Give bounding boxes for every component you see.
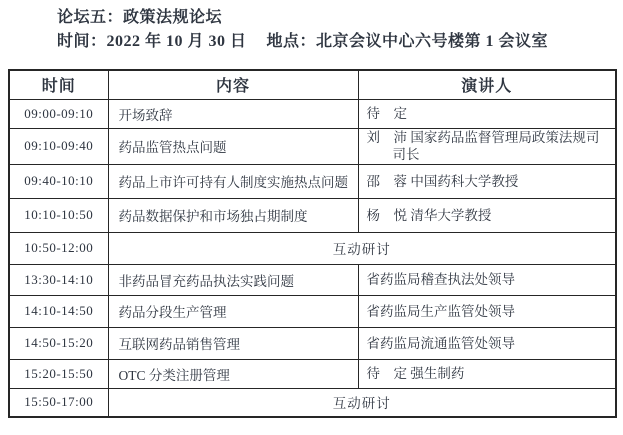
agenda-table: 时间 内容 演讲人 09:00-09:10 开场致辞 待 定 09:10-09:… — [8, 69, 617, 418]
schedule-document: 论坛五：政策法规论坛 时间：2022 年 10 月 30 日地点：北京会议中心六… — [0, 0, 623, 418]
speaker-cell: 省药监局稽查执法处领导 — [358, 264, 616, 295]
merged-session-cell: 互动研讨 — [108, 388, 616, 417]
time-cell: 15:50-17:00 — [9, 388, 108, 417]
forum-location: 地点：北京会议中心六号楼第 1 会议室 — [267, 33, 549, 50]
speaker-cell: 待 定 — [358, 99, 616, 128]
content-cell: 开场致辞 — [108, 99, 358, 128]
forum-title: 论坛五：政策法规论坛 — [57, 6, 623, 30]
forum-subtitle: 时间：2022 年 10 月 30 日地点：北京会议中心六号楼第 1 会议室 — [57, 30, 623, 54]
speaker-cell: 待 定 强生制药 — [358, 359, 616, 388]
content-cell: 互联网药品销售管理 — [108, 327, 358, 359]
content-cell: 药品监管热点问题 — [108, 128, 358, 164]
table-row: 10:10-10:50 药品数据保护和市场独占期制度 杨 悦 清华大学教授 — [9, 198, 616, 232]
speaker-cell: 省药监局生产监管处领导 — [358, 295, 616, 327]
table-row: 09:00-09:10 开场致辞 待 定 — [9, 99, 616, 128]
table-row: 09:40-10:10 药品上市许可持有人制度实施热点问题 邵 蓉 中国药科大学… — [9, 164, 616, 198]
document-header: 论坛五：政策法规论坛 时间：2022 年 10 月 30 日地点：北京会议中心六… — [57, 6, 623, 54]
table-row: 14:10-14:50 药品分段生产管理 省药监局生产监管处领导 — [9, 295, 616, 327]
table-row: 09:10-09:40 药品监管热点问题 刘 沛 国家药品监督管理局政策法规司 … — [9, 128, 616, 164]
col-header-content: 内容 — [108, 70, 358, 99]
time-cell: 15:20-15:50 — [9, 359, 108, 388]
col-header-speaker: 演讲人 — [358, 70, 616, 99]
table-row: 15:20-15:50 OTC 分类注册管理 待 定 强生制药 — [9, 359, 616, 388]
speaker-cell: 省药监局流通监管处领导 — [358, 327, 616, 359]
content-cell: 药品分段生产管理 — [108, 295, 358, 327]
col-header-time: 时间 — [9, 70, 108, 99]
forum-datetime: 时间：2022 年 10 月 30 日 — [57, 33, 247, 50]
time-cell: 14:50-15:20 — [9, 327, 108, 359]
speaker-line-1: 刘 沛 国家药品监督管理局政策法规司 — [367, 129, 616, 146]
table-row-merged: 10:50-12:00 互动研讨 — [9, 232, 616, 264]
merged-session-cell: 互动研讨 — [108, 232, 616, 264]
content-cell: OTC 分类注册管理 — [108, 359, 358, 388]
speaker-cell: 杨 悦 清华大学教授 — [358, 198, 616, 232]
time-cell: 10:50-12:00 — [9, 232, 108, 264]
time-cell: 14:10-14:50 — [9, 295, 108, 327]
table-row: 14:50-15:20 互联网药品销售管理 省药监局流通监管处领导 — [9, 327, 616, 359]
time-cell: 13:30-14:10 — [9, 264, 108, 295]
time-cell: 09:40-10:10 — [9, 164, 108, 198]
content-cell: 药品数据保护和市场独占期制度 — [108, 198, 358, 232]
speaker-line-2: 司长 — [367, 146, 616, 163]
time-cell: 09:00-09:10 — [9, 99, 108, 128]
speaker-cell: 邵 蓉 中国药科大学教授 — [358, 164, 616, 198]
table-header-row: 时间 内容 演讲人 — [9, 70, 616, 99]
time-cell: 09:10-09:40 — [9, 128, 108, 164]
table-row-merged: 15:50-17:00 互动研讨 — [9, 388, 616, 417]
table-row: 13:30-14:10 非药品冒充药品执法实践问题 省药监局稽查执法处领导 — [9, 264, 616, 295]
speaker-cell: 刘 沛 国家药品监督管理局政策法规司 司长 — [358, 128, 616, 164]
content-cell: 非药品冒充药品执法实践问题 — [108, 264, 358, 295]
time-cell: 10:10-10:50 — [9, 198, 108, 232]
content-cell: 药品上市许可持有人制度实施热点问题 — [108, 164, 358, 198]
